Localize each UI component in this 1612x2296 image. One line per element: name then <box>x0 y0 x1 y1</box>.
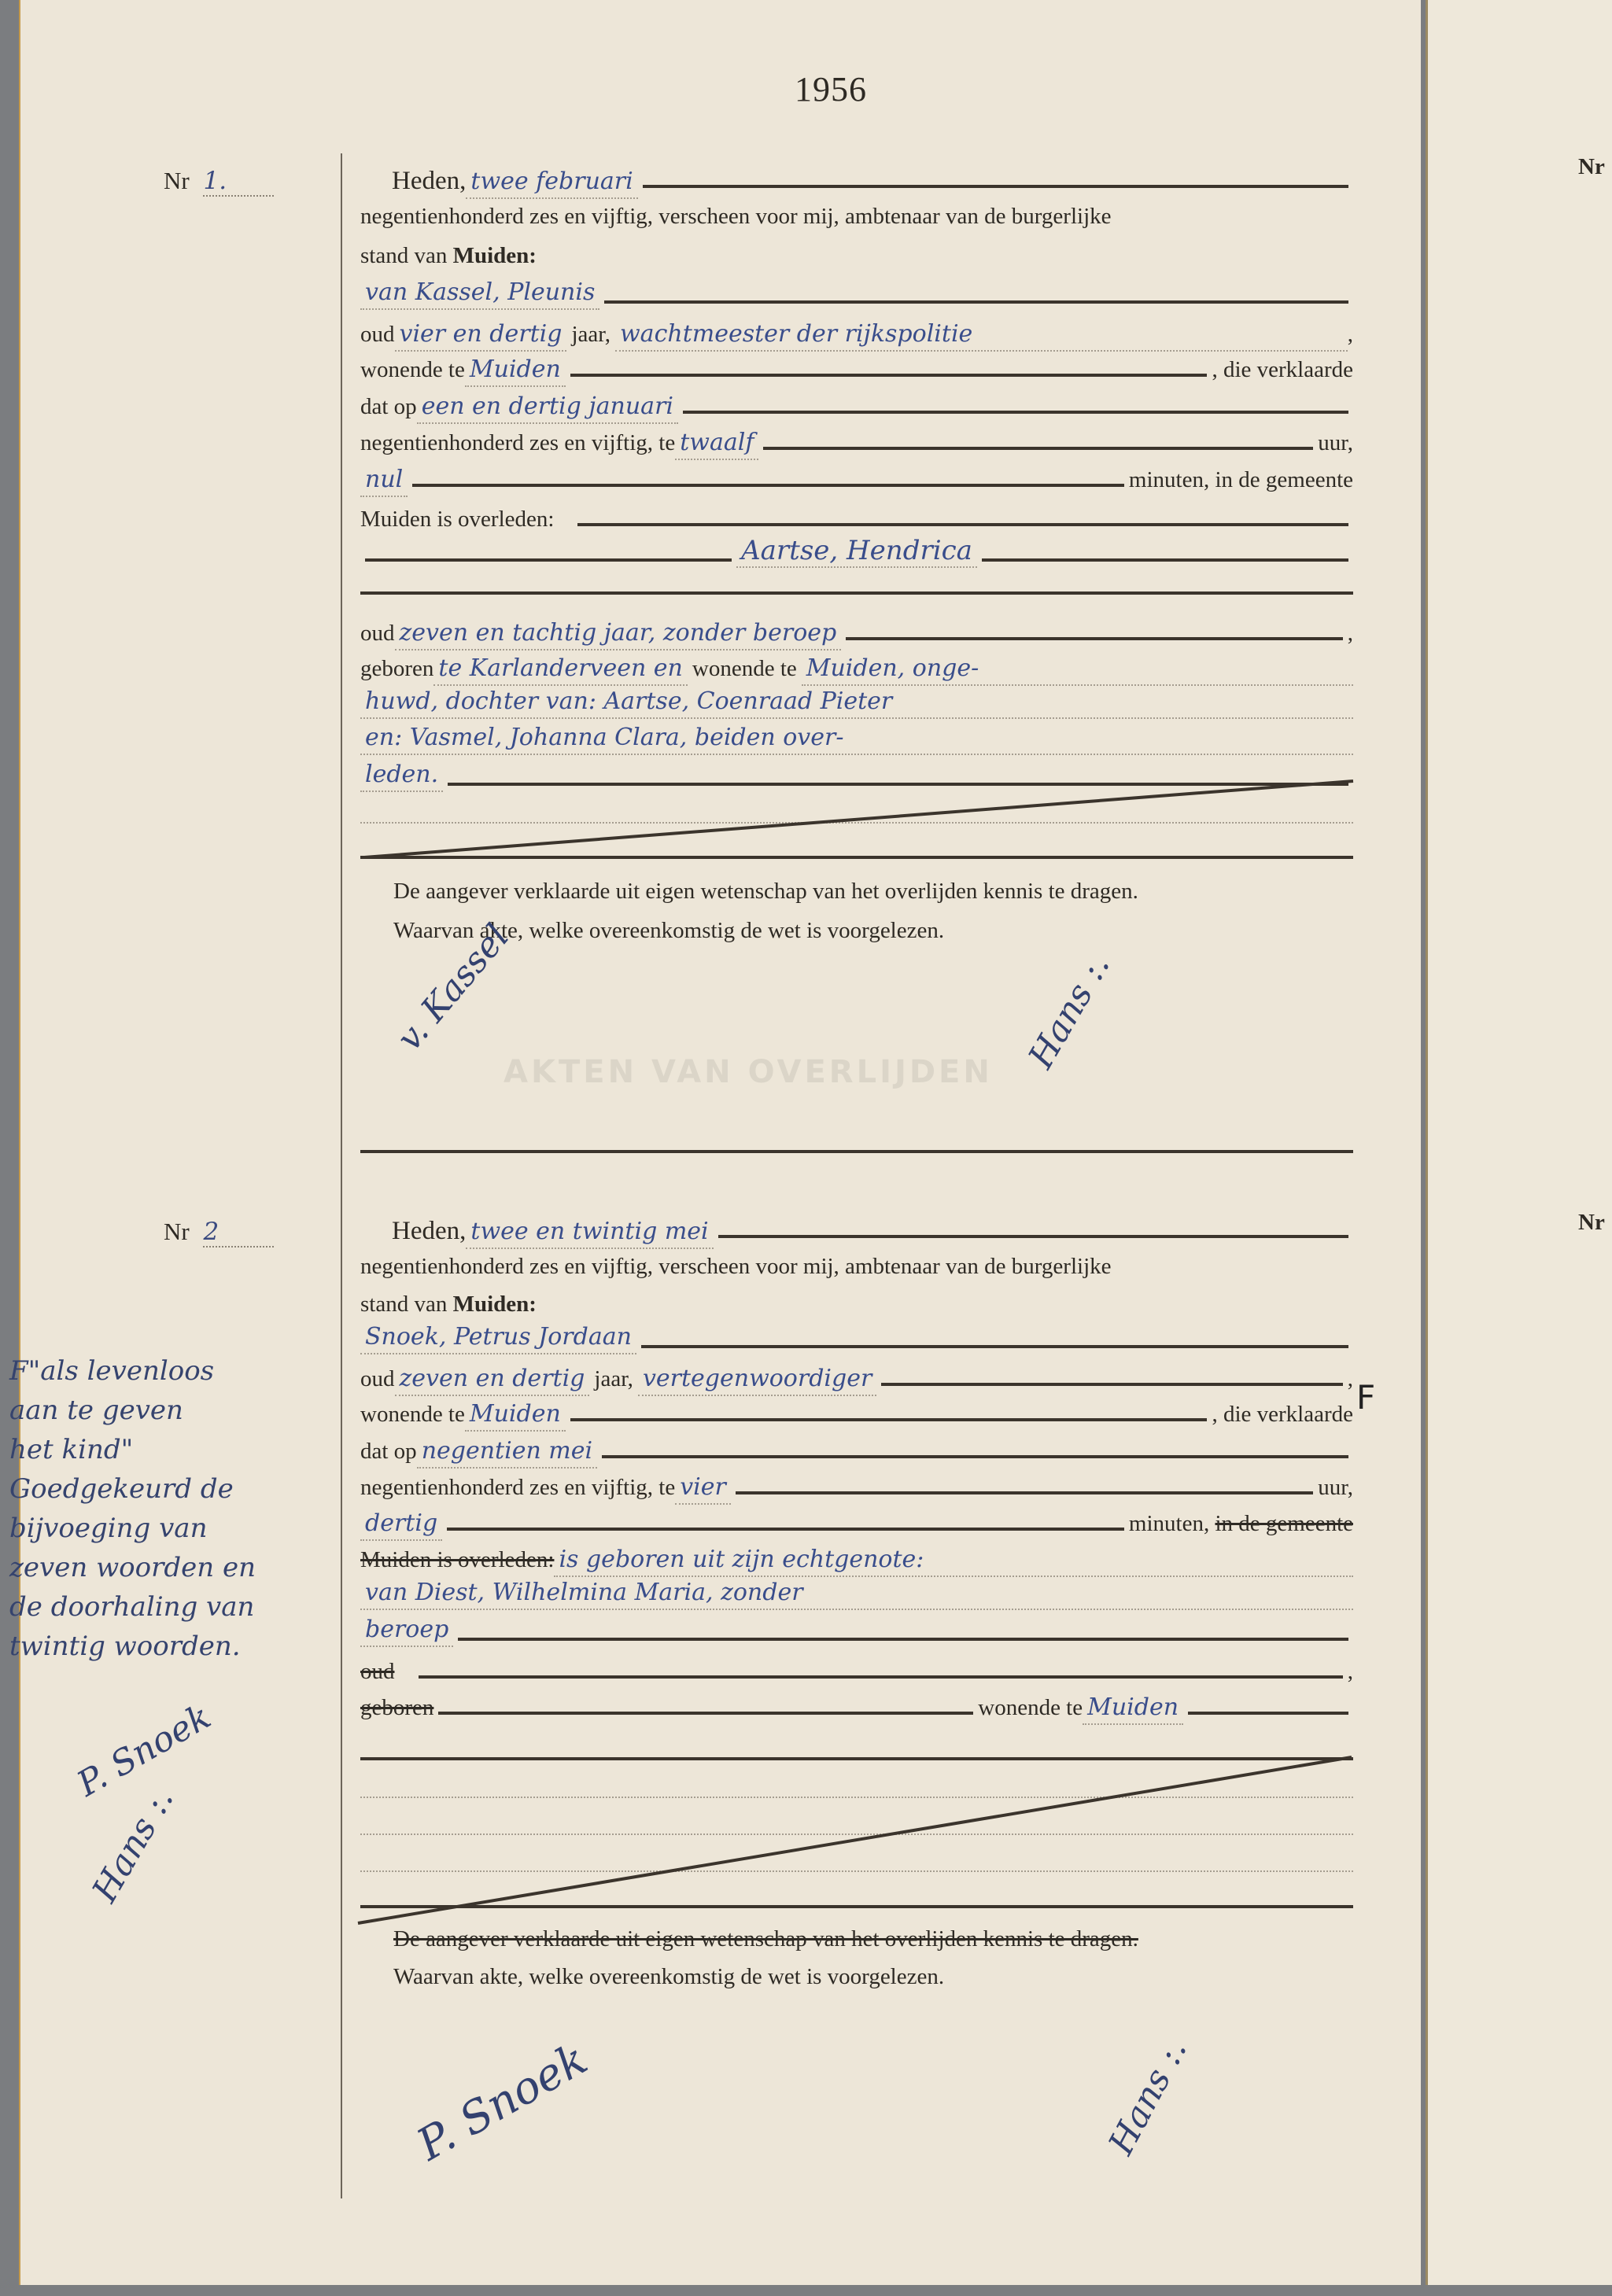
stand-van-label: stand van <box>360 1284 447 1324</box>
act2-date-value: twee en twintig mei <box>466 1216 713 1249</box>
act2-line2: negentienhonderd zes en vijftig, versche… <box>360 1247 1353 1286</box>
mother-occupation: beroep <box>360 1614 453 1647</box>
act2-mother-line2: beroep <box>360 1614 1353 1653</box>
act1-overleden-line: Muiden is overleden: <box>360 499 1353 539</box>
fill-rule <box>458 1638 1348 1641</box>
note-line: zeven woorden en <box>9 1548 348 1587</box>
jaar-label: jaar, <box>594 1359 633 1399</box>
fill-rule <box>570 374 1208 377</box>
insertion-marker: F <box>1356 1378 1375 1417</box>
act1-heden-line: Heden, twee februari <box>360 161 1353 201</box>
fill-rule <box>881 1383 1342 1386</box>
act1-residence-line: wonende te Muiden , die verklaarde <box>360 350 1353 389</box>
event-hour: vier <box>675 1472 731 1505</box>
geboren-label: geboren <box>360 649 433 688</box>
act1-deceased-age-line: oud zeven en tachtig jaar, zonder beroep… <box>360 614 1353 653</box>
act1-parents-line2: en: Vasmel, Johanna Clara, beiden over- <box>360 722 1353 761</box>
act1-hour-line: negentienhonderd zes en vijftig, te twaa… <box>360 423 1353 463</box>
nr-value: 2 <box>203 1218 274 1248</box>
rule-line <box>360 856 1353 859</box>
act1-parents-line1: huwd, dochter van: Aartse, Coenraad Piet… <box>360 686 1353 725</box>
declarant-occupation: wachtmeester der rijkspolitie <box>615 319 1348 352</box>
uur-label: uur, <box>1318 423 1353 463</box>
fill-rule <box>602 1455 1348 1458</box>
event-minutes: dertig <box>360 1508 442 1541</box>
fill-rule <box>982 558 1348 562</box>
fill-rule <box>447 1528 1124 1531</box>
jaar-label: jaar, <box>571 315 610 354</box>
struck-gemeente: in de gemeente <box>1215 1504 1353 1543</box>
wonende-label: wonende te <box>360 1395 465 1434</box>
fill-rule <box>419 1675 1343 1679</box>
residence: Muiden <box>1083 1692 1183 1725</box>
parents-1: huwd, dochter van: Aartse, Coenraad Piet… <box>360 686 1353 719</box>
act2-closing2: Waarvan akte, welke overeenkomstig de we… <box>393 1957 1386 1996</box>
event-date: negentien mei <box>417 1435 597 1469</box>
act2-minutes-line: dertig minuten, in de gemeente <box>360 1504 1353 1543</box>
note-line: het kind" <box>9 1430 348 1469</box>
cancel-z-stroke <box>360 775 1356 861</box>
act2-geboren-line: geboren wonende te Muiden <box>360 1688 1353 1727</box>
parents-2: en: Vasmel, Johanna Clara, beiden over- <box>360 722 1353 755</box>
act2-number: Nr 2 <box>164 1218 274 1248</box>
nr-label: Nr <box>164 167 190 194</box>
uur-label: uur, <box>1318 1468 1353 1507</box>
act1-date-value: twee februari <box>466 166 637 199</box>
register-page-right-edge <box>1426 0 1612 2285</box>
fill-rule <box>736 1491 1313 1494</box>
deceased-name: Aartse, Hendrica <box>736 535 977 568</box>
declarant-age: zeven en dertig <box>395 1363 590 1396</box>
act2-declarant-line: Snoek, Petrus Jordaan <box>360 1321 1353 1361</box>
act2-residence-line: wonende te Muiden , die verklaarde <box>360 1395 1353 1434</box>
act1-minutes-line: nul minuten, in de gemeente <box>360 460 1353 499</box>
year-text: negentienhonderd zes en vijftig, te <box>360 1468 675 1507</box>
municipality: Muiden: <box>453 1284 537 1324</box>
fill-rule <box>577 523 1348 526</box>
note-line: bijvoeging van <box>9 1509 348 1548</box>
fill-rule <box>570 1418 1208 1421</box>
die-verklaarde-label: , die verklaarde <box>1212 350 1353 389</box>
struck-oud: oud <box>360 1652 395 1691</box>
faint-stamp: AKTEN VAN OVERLIJDEN <box>504 1054 993 1090</box>
act2-dat-op-line: dat op negentien mei <box>360 1432 1353 1471</box>
minuten-label: minuten, <box>1129 1504 1209 1543</box>
cancel-z-stroke <box>354 1754 1357 1927</box>
stand-van-label: stand van <box>360 236 447 275</box>
act2-birth-line: Muiden is overleden: is geboren uit zijn… <box>360 1540 1353 1579</box>
overleden-label: Muiden is overleden: <box>360 499 554 539</box>
act-separator <box>360 1150 1353 1153</box>
declarant-residence: Muiden <box>465 354 566 387</box>
wonende-label: wonende te <box>692 649 797 688</box>
act1-number: Nr 1. <box>164 167 274 197</box>
wonende-label: wonende te <box>360 350 465 389</box>
fill-rule <box>846 637 1343 640</box>
rule-line <box>360 592 1353 595</box>
fill-rule <box>438 1712 973 1715</box>
struck-geboren: geboren <box>360 1688 433 1727</box>
act2-closing1-struck: De aangever verklaarde uit eigen wetensc… <box>393 1919 1386 1959</box>
note-line: de doorhaling van <box>9 1587 348 1627</box>
fill-rule <box>604 300 1348 304</box>
year-text: negentienhonderd zes en vijftig, te <box>360 423 675 463</box>
struck-overleden: Muiden is overleden: <box>360 1540 554 1579</box>
declarant-age: vier en dertig <box>395 319 567 352</box>
dat-op-label: dat op <box>360 1432 417 1471</box>
oud-label: oud <box>360 614 395 653</box>
fill-rule <box>763 447 1313 450</box>
declarant-residence: Muiden <box>465 1399 566 1432</box>
event-minutes: nul <box>360 464 408 497</box>
act2-line3: stand van Muiden: <box>360 1284 1353 1324</box>
heden-label: Heden, <box>392 1211 466 1251</box>
oud-label: oud <box>360 1359 395 1399</box>
fill-rule <box>365 558 732 562</box>
fill-rule <box>1188 1712 1348 1715</box>
event-hour: twaalf <box>675 427 758 460</box>
act1-age-line: oud vier en dertig jaar, wachtmeester de… <box>360 315 1353 354</box>
dat-op-label: dat op <box>360 387 417 426</box>
deceased-residence: Muiden, onge- <box>802 653 1353 686</box>
die-verklaarde-label: , die verklaarde <box>1212 1395 1353 1434</box>
declarant-name: Snoek, Petrus Jordaan <box>360 1321 636 1354</box>
note-line: Goedgekeurd de <box>9 1469 348 1509</box>
fill-rule <box>683 411 1348 414</box>
fill-rule <box>718 1235 1348 1238</box>
fill-rule <box>641 1345 1348 1348</box>
oud-label: oud <box>360 315 395 354</box>
act2-age-line: oud zeven en dertig jaar, vertegenwoordi… <box>360 1359 1353 1399</box>
municipality: Muiden: <box>453 236 537 275</box>
act1-line3: stand van Muiden: <box>360 236 1353 275</box>
register-year: 1956 <box>795 69 867 109</box>
rule-line <box>360 1905 1353 1908</box>
act1-closing1: De aangever verklaarde uit eigen wetensc… <box>393 872 1386 911</box>
right-page-nr-label-2: Nr <box>1578 1210 1605 1236</box>
deceased-age-occupation: zeven en tachtig jaar, zonder beroep <box>395 617 842 650</box>
right-page-nr-label: Nr <box>1578 154 1605 180</box>
mother-name: van Diest, Wilhelmina Maria, zonder <box>360 1577 1353 1610</box>
note-line: twintig woorden. <box>9 1627 348 1666</box>
birth-statement: is geboren uit zijn echtgenote: <box>554 1544 1353 1577</box>
fill-rule <box>643 185 1348 188</box>
act1-closing2: Waarvan akte, welke overeenkomstig de we… <box>393 911 1386 950</box>
heden-label: Heden, <box>392 161 466 201</box>
margin-divider <box>341 153 342 2198</box>
nr-label: Nr <box>164 1218 190 1245</box>
birthplace: te Karlanderveen en <box>433 653 687 686</box>
note-line: F"als levenloos <box>9 1351 348 1391</box>
act2-heden-line: Heden, twee en twintig mei <box>360 1211 1353 1251</box>
act1-declarant-line: van Kassel, Pleunis <box>360 277 1353 316</box>
wonende-label: wonende te <box>978 1688 1083 1727</box>
act1-dat-op-line: dat op een en dertig januari <box>360 387 1353 426</box>
declarant-name: van Kassel, Pleunis <box>360 277 599 310</box>
note-line: aan te geven <box>9 1391 348 1430</box>
margin-annotation: F"als levenloos aan te geven het kind" G… <box>9 1351 348 1666</box>
act1-deceased-line: Aartse, Hendrica <box>360 535 1353 574</box>
act1-line2: negentienhonderd zes en vijftig, versche… <box>360 197 1353 236</box>
act2-mother-line: van Diest, Wilhelmina Maria, zonder <box>360 1577 1353 1616</box>
act2-oud-line: oud , <box>360 1652 1353 1691</box>
nr-value: 1. <box>203 167 274 197</box>
declarant-occupation: vertegenwoordiger <box>638 1363 876 1396</box>
fill-rule <box>412 484 1124 487</box>
event-date: een en dertig januari <box>417 391 678 424</box>
act2-hour-line: negentienhonderd zes en vijftig, te vier… <box>360 1468 1353 1507</box>
minuten-label: minuten, in de gemeente <box>1129 460 1353 499</box>
act1-birth-line: geboren te Karlanderveen en wonende te M… <box>360 649 1353 688</box>
